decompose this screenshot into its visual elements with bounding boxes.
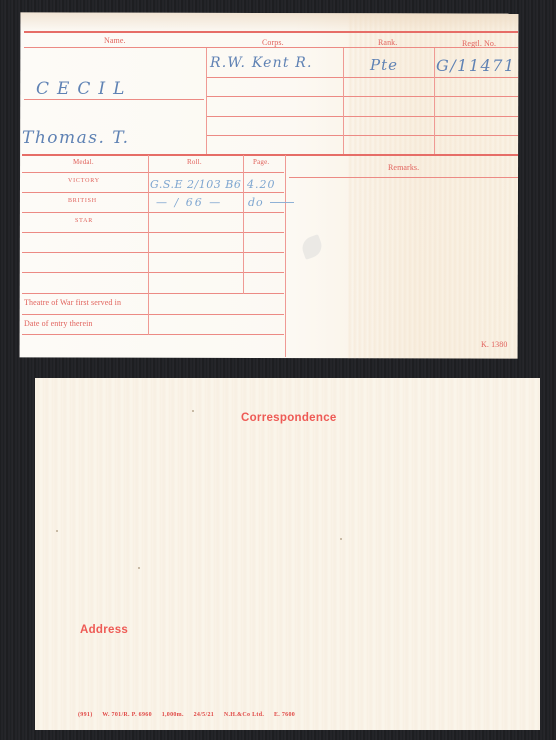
- imprint-quantity: 1,000m.: [162, 712, 184, 718]
- rule-name-mid: [24, 99, 204, 100]
- rule-medal-header: [22, 172, 284, 173]
- imprint-form: W. 701/R. P. 6960: [102, 712, 152, 718]
- header-corps: Corps.: [262, 38, 284, 47]
- rule-top: [24, 31, 518, 33]
- correspondence-label: Correspondence: [241, 412, 337, 424]
- paper-speck: [138, 567, 140, 569]
- header-name: Name.: [104, 36, 126, 45]
- header-rank: Rank.: [378, 38, 397, 47]
- rule-entry-date: [22, 334, 284, 335]
- handwritten-british-page: do: [248, 196, 264, 209]
- header-remarks: Remarks.: [388, 163, 419, 172]
- rule-details-1: [207, 77, 518, 78]
- rule-row-4: [22, 252, 284, 253]
- medal-star: Star: [75, 218, 93, 224]
- handwritten-forenames: Thomas. T.: [22, 128, 130, 148]
- theatre-label: Theatre of War first served in: [24, 298, 121, 307]
- handwritten-corps: R.W. Kent R.: [210, 55, 313, 71]
- paper-speck: [340, 538, 342, 540]
- printer-imprint: (991) W. 701/R. P. 6960 1,000m. 24/5/21 …: [78, 712, 303, 718]
- form-number: K. 1380: [481, 340, 507, 349]
- rule-details-3: [207, 116, 518, 117]
- header-page: Page.: [253, 158, 269, 166]
- address-label: Address: [80, 624, 128, 636]
- imprint-code: (991): [78, 712, 93, 718]
- rule-v-page: [285, 155, 286, 357]
- handwritten-british-roll: — / 66 —: [156, 196, 222, 209]
- medal-victory: Victory: [68, 178, 100, 184]
- rule-header: [24, 47, 518, 48]
- header-regtl-no: Regtl. No.: [462, 39, 496, 48]
- rule-v-medal: [148, 155, 149, 335]
- handwritten-regtl-no: G/11471: [436, 56, 516, 75]
- paper-speck: [56, 530, 58, 532]
- entry-date-label: Date of entry therein: [24, 319, 93, 328]
- rule-theatre: [22, 314, 284, 315]
- header-medal: Medal.: [73, 158, 94, 166]
- rule-section: [22, 154, 518, 156]
- rule-remarks-header: [289, 177, 518, 178]
- handwritten-victory-roll: G.S.E 2/103 B6: [150, 178, 241, 191]
- imprint-printer: N.H.&Co Ltd.: [224, 712, 264, 718]
- rule-row-3: [22, 232, 284, 233]
- medal-british: British: [68, 198, 97, 204]
- rule-details-4: [207, 135, 518, 136]
- handwritten-rank: Pte: [370, 56, 398, 74]
- handwritten-victory-page: 4.20: [247, 178, 276, 191]
- rule-details-2: [207, 96, 518, 97]
- paper-speck: [192, 410, 194, 412]
- rule-v-corps: [343, 48, 344, 154]
- rule-row-5: [22, 272, 284, 273]
- rule-v-rank: [434, 48, 435, 154]
- imprint-serial: E. 7600: [274, 712, 295, 718]
- rule-v-name: [206, 48, 207, 154]
- header-roll: Roll.: [187, 158, 202, 166]
- rule-row-1: [22, 192, 284, 193]
- imprint-date: 24/5/21: [194, 712, 214, 718]
- medal-card-back: [35, 378, 540, 730]
- handwritten-surname: CECIL: [36, 79, 132, 99]
- rule-v-roll: [243, 155, 244, 294]
- ditto-dash: [270, 202, 294, 203]
- rule-row-2: [22, 212, 284, 213]
- rule-row-6: [22, 293, 284, 294]
